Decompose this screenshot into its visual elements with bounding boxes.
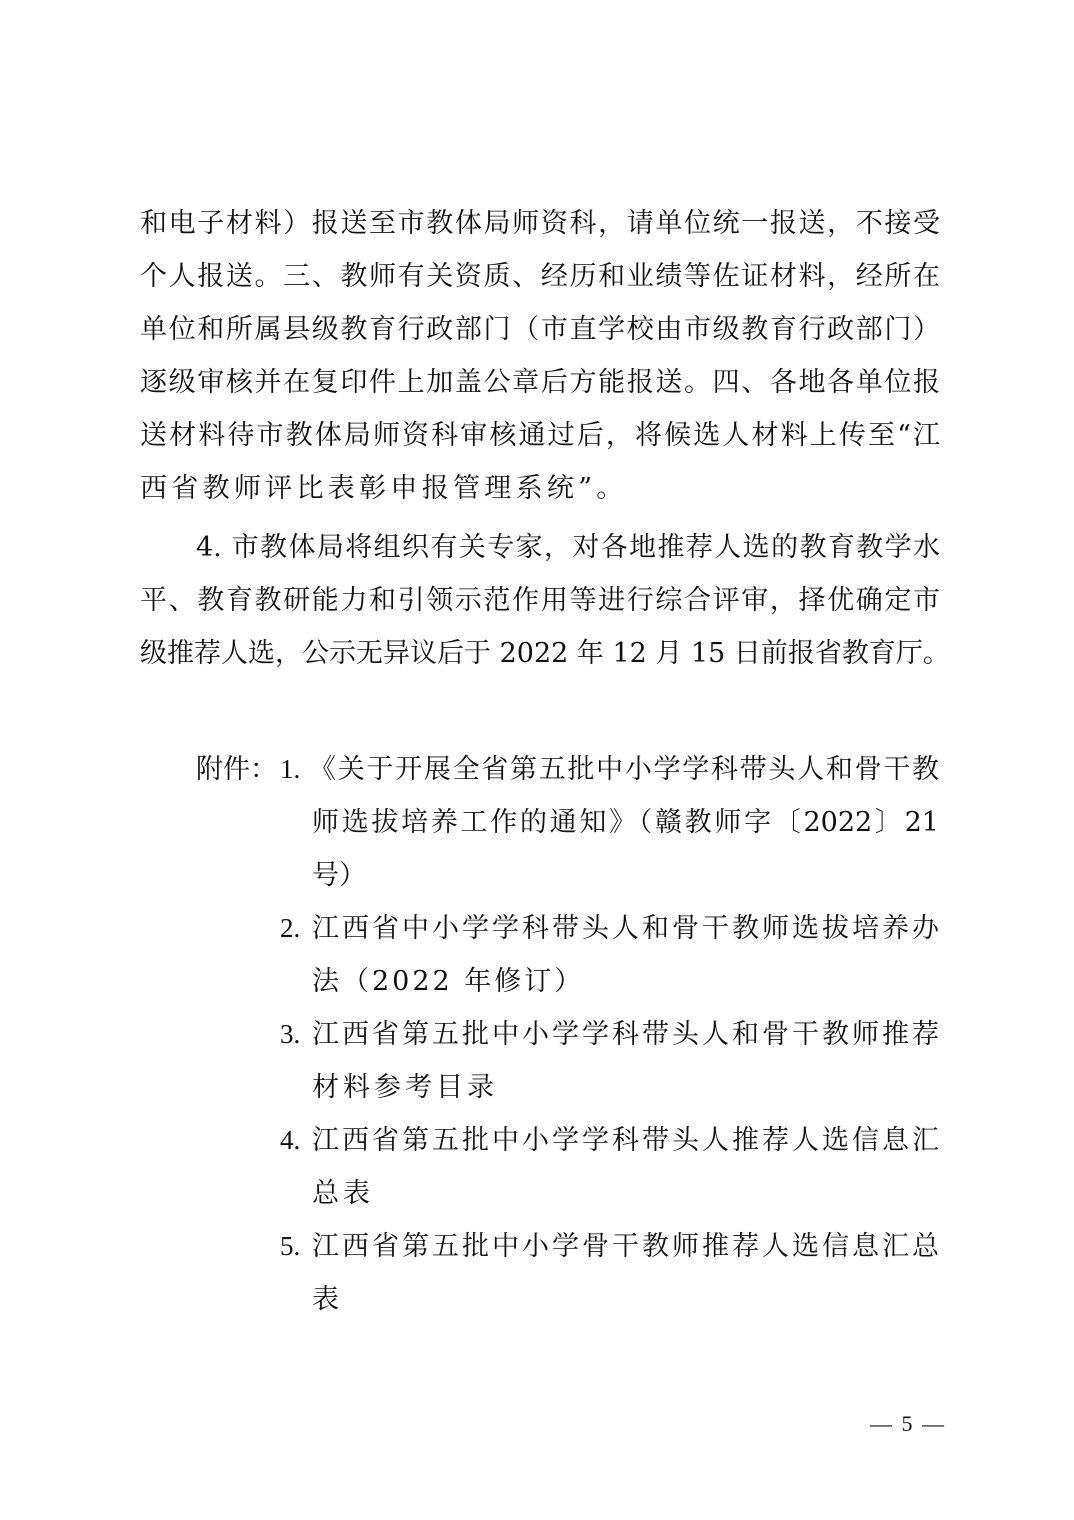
attachment-title-line: 表: [312, 1273, 339, 1326]
attachment-title-line: 号）: [312, 849, 366, 902]
attachment-title-line: 法（2022 年修订）: [312, 955, 584, 1008]
text-line: 逐级审核并在复印件上加盖公章后方能报送。四、各地各单位报: [140, 356, 940, 409]
page-number: — 5 —: [870, 1411, 946, 1437]
attachment-title-line: 总表: [312, 1167, 374, 1220]
text-line: 级推荐人选，公示无异议后于 2022 年 12 月 15 日前报省教育厅。: [140, 627, 940, 680]
attachment-title-line: 师选拔培养工作的通知》（赣教师字〔2022〕21: [312, 796, 939, 849]
attachment-title-line: 江西省第五批中小学学科带头人推荐人选信息汇: [312, 1114, 939, 1167]
text-line: 西省教师评比表彰申报管理系统”。: [140, 462, 940, 515]
text-line: 送材料待市教体局师资科审核通过后，将候选人材料上传至“江: [140, 409, 940, 462]
attachment-number: 4.: [280, 1114, 300, 1167]
text-line: 个人报送。三、教师有关资质、经历和业绩等佐证材料，经所在: [140, 250, 940, 303]
attachment-title-line: 材料参考目录: [312, 1061, 498, 1114]
attachment-title-line: 江西省中小学学科带头人和骨干教师选拔培养办: [312, 902, 939, 955]
text-line: 4. 市教体局将组织有关专家，对各地推荐人选的教育教学水: [196, 521, 940, 574]
attachment-number: 3.: [280, 1008, 300, 1061]
text-line: 和电子材料）报送至市教体局师资科，请单位统一报送，不接受: [140, 197, 940, 250]
attachment-number: 5.: [280, 1220, 300, 1273]
text-line: 单位和所属县级教育行政部门（市直学校由市级教育行政部门）: [140, 303, 940, 356]
attachment-title-line: 江西省第五批中小学骨干教师推荐人选信息汇总: [312, 1220, 939, 1273]
attachment-title-line: 江西省第五批中小学学科带头人和骨干教师推荐: [312, 1008, 939, 1061]
attachment-number: 1.: [280, 743, 300, 796]
text-line: 平、教育教研能力和引领示范作用等进行综合评审，择优确定市: [140, 574, 940, 627]
attachment-number: 2.: [280, 902, 300, 955]
attachments-label: 附件：: [196, 743, 277, 796]
attachment-title-line: 《关于开展全省第五批中小学学科带头人和骨干教: [309, 743, 939, 796]
